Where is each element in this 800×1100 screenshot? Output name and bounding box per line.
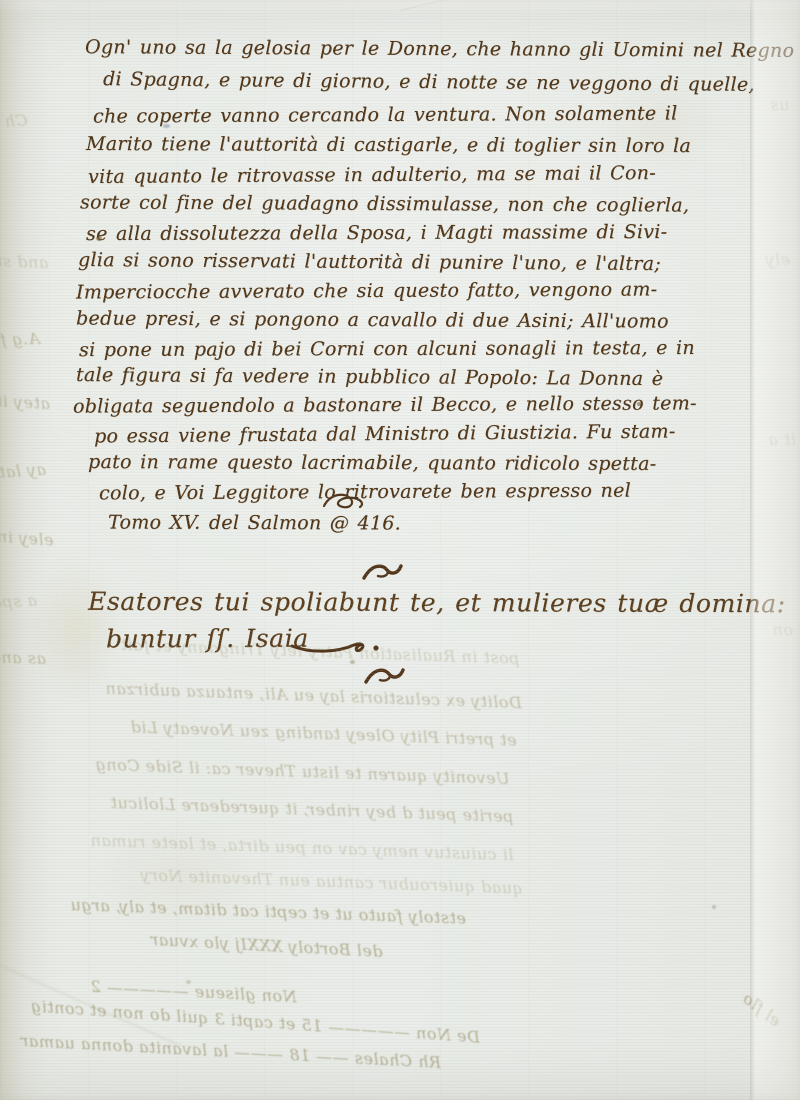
bleedthrough-line: atey iteve bbox=[0, 390, 51, 413]
bleedthrough-line: Non gliseue ————— 2 bbox=[90, 977, 298, 1007]
bleedthrough-line: Rh Chales —— 18 ——— la lavanita donna ua… bbox=[20, 1031, 442, 1072]
bleedthrough-line: A.g fam bbox=[0, 329, 40, 350]
bleedthrough-line: li cuiustuv nemy cav on peu dirta, et la… bbox=[90, 831, 514, 865]
paper-stain bbox=[100, 820, 260, 930]
manuscript-line: se alla dissolutezza della Sposa, i Magt… bbox=[86, 221, 667, 245]
ink-speck bbox=[712, 905, 716, 909]
manuscript-line: bedue presi, e si pongono a cavallo di d… bbox=[76, 307, 669, 332]
bleedthrough-line: on bbox=[772, 620, 793, 639]
page-edge bbox=[0, 0, 26, 1100]
ink-speck bbox=[186, 980, 191, 984]
manuscript-line: obligata seguendolo a bastonare il Becco… bbox=[73, 392, 697, 417]
bleedthrough-line: us bbox=[770, 95, 790, 114]
latin-quote-line: Esatores tui spoliabunt te, et mulieres … bbox=[88, 587, 786, 618]
manuscript-line: vita quanto le ritrovasse in adulterio, … bbox=[88, 162, 656, 188]
bleedthrough-line: el flo bbox=[739, 989, 785, 1031]
bleedthrough-line: perite peut d bey rinber, it queredeare … bbox=[110, 793, 514, 826]
bleedthrough-line: as anou bbox=[0, 647, 46, 668]
manuscript-line: Marito tiene l'auttorità di castigarle, … bbox=[86, 133, 691, 157]
bleedthrough-line: etstoly fauto ut et cepti cat ditam, et … bbox=[70, 895, 467, 928]
manuscript-line: Imperciocche avverato che sia questo fat… bbox=[76, 278, 657, 303]
manuscript-line: pato in rame questo lacrimabile, quanto … bbox=[88, 451, 657, 475]
manuscript-line: po essa viene frustata dal Ministro di G… bbox=[94, 420, 676, 447]
manuscript-line: Ogn' uno sa la gelosia per le Donne, che… bbox=[85, 36, 794, 62]
bleedthrough-line: a spee bbox=[0, 591, 37, 613]
manuscript-line: Tomo XV. del Salmon @ 416. bbox=[108, 511, 401, 534]
manuscript-line: di Spagna, e pure di giorno, e di notte … bbox=[103, 68, 755, 96]
manuscript-line: colo, e Voi Leggitore lo ritrovarete ben… bbox=[99, 480, 631, 505]
bleedthrough-line: eley ingh bbox=[0, 525, 54, 549]
bleedthrough-line: Dolity ex celustioris lay eu Ali, entauz… bbox=[105, 679, 522, 713]
flourish-divider-icon bbox=[360, 560, 404, 588]
paper-crease bbox=[0, 955, 181, 1046]
bleedthrough-line: Uevonity quaren te listu Thever ca: il S… bbox=[95, 755, 510, 788]
page-edge bbox=[0, 0, 800, 14]
bleedthrough-line: De Non ————— 15 et capti 3 quil do non e… bbox=[30, 996, 481, 1046]
bleedthrough-line: it a bbox=[768, 430, 796, 449]
bleedthrough-line: ay lathy bbox=[0, 460, 47, 484]
bleedthrough-line: et pretri Plity Oleey tanding zeu Noveat… bbox=[130, 717, 517, 749]
flourish-divider-icon bbox=[362, 664, 406, 692]
ink-speck bbox=[350, 660, 355, 664]
manuscript-line: che coperte vanno cercando la ventura. N… bbox=[93, 102, 678, 127]
page-fold bbox=[750, 0, 800, 1100]
latin-quote-line: buntur ſſ. Isaia bbox=[106, 624, 309, 654]
manuscript-line: sorte col fine del guadagno dissimulasse… bbox=[80, 191, 689, 216]
bleedthrough-line: Ch ain bbox=[0, 111, 28, 133]
manuscript-line: glia si sono risservati l'auttorità di p… bbox=[78, 249, 661, 275]
bleedthrough-line: and stel bbox=[0, 251, 49, 272]
paper-crease bbox=[400, 0, 702, 11]
bleedthrough-line: del Bortoly XXXIj ylo xvuar bbox=[150, 930, 383, 961]
manuscript-line: tale figura si fa vedere in pubblico al … bbox=[76, 364, 663, 390]
manuscript-page: Ch ain and stel A.g fam atey iteve ay la… bbox=[0, 0, 800, 1100]
bleedthrough-line: quad quieroubur cantua eun Thevanite Nor… bbox=[140, 865, 523, 897]
manuscript-line: si pone un pajo di bei Corni con alcuni … bbox=[79, 337, 695, 361]
bleedthrough-line: ely bbox=[765, 250, 790, 269]
